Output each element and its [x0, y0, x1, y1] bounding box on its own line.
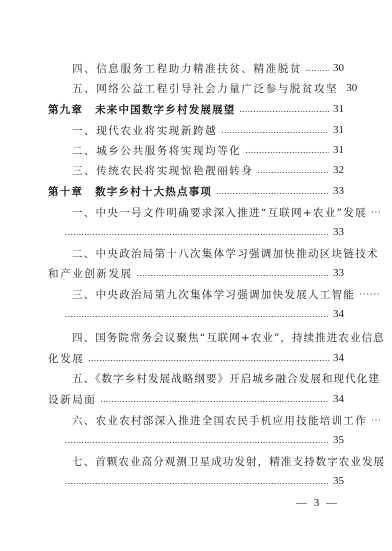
toc-page-number: 30 [346, 82, 357, 94]
toc-entry-title: 四、信息服务工程助力精准扶贫、精准脱贫 [72, 61, 302, 76]
toc-entry-title: 一、中央一号文件明确要求深入推进“互联网+农业”发展 [72, 205, 367, 220]
toc-entry-title: 三、传统农民将实现惊艳靓丽转身 [72, 163, 254, 178]
chapter-title: 数字乡村十大热点事项 [95, 184, 212, 199]
toc-page-number: 33 [333, 267, 344, 279]
toc-entry-title: 四、国务院常务会议聚焦“互联网+农业”，持续推进农业信息 [72, 330, 385, 345]
toc-entry-continuation[interactable]: 设新局面 34 [48, 391, 344, 407]
toc-page-number: 30 [333, 62, 344, 74]
toc-entry-title-wrap: 化发展 [48, 351, 84, 366]
toc-page-number: 31 [333, 103, 344, 115]
toc-page-number: 34 [333, 308, 344, 320]
toc-page-number: 34 [333, 352, 344, 364]
toc-entry[interactable]: 二、中央政治局第十八次集体学习强调加快推动区块链技术 [72, 245, 344, 261]
leader-dots [65, 227, 329, 237]
chapter-title: 未来中国数字乡村发展展望 [95, 102, 235, 117]
toc-entry-title: 二、城乡公共服务将实现均等化 [72, 143, 241, 158]
toc-entry[interactable]: 三、中央政治局第九次集体学习强调加快发展人工智能 ······ [72, 286, 344, 302]
toc-page-number: 31 [333, 124, 344, 136]
page-footer-number: — 3 — [296, 497, 339, 509]
toc-page-number: 35 [333, 475, 344, 487]
toc-entry[interactable]: 六、农业农村部深入推进全国农民手机应用技能培训工作 ··· [72, 412, 344, 428]
chapter-number: 第九章 [48, 102, 83, 117]
leader-dots [245, 145, 329, 155]
ellipsis: ··· [371, 207, 382, 217]
toc-entry-continuation[interactable]: 化发展 34 [48, 350, 344, 366]
leader-dots [65, 476, 329, 486]
toc-entry-title: 七、首颗农业高分观测卫星成功发射，精准支持数字农业发展 [72, 454, 385, 469]
leader-dots [88, 353, 329, 363]
toc-entry-continuation[interactable]: 和产业创新发展 33 [48, 265, 344, 281]
toc-entry-continuation[interactable]: 35 [65, 432, 344, 448]
toc-entry[interactable]: 五、网络公益工程引导社会力量广泛参与脱贫攻坚 30 [72, 80, 344, 96]
toc-entry[interactable]: 二、城乡公共服务将实现均等化 31 [72, 142, 344, 158]
leader-dots [65, 309, 329, 319]
toc-page-number: 31 [333, 144, 344, 156]
toc-entry-continuation[interactable]: 34 [65, 306, 344, 322]
toc-page-number: 35 [333, 434, 344, 446]
leader-dots [221, 125, 329, 135]
toc-entry[interactable]: 四、信息服务工程助力精准扶贫、精准脱贫 30 [72, 60, 344, 76]
ellipsis: ······ [359, 289, 380, 299]
toc-entry-continuation[interactable]: 35 [65, 473, 344, 489]
leader-dots [137, 268, 329, 278]
toc-entry[interactable]: 一、中央一号文件明确要求深入推进“互联网+农业”发展 ··· [72, 204, 344, 220]
leader-dots [100, 394, 329, 404]
toc-chapter-heading[interactable]: 第九章 未来中国数字乡村发展展望 31 [48, 101, 344, 117]
toc-entry-title-wrap: 和产业创新发展 [48, 266, 133, 281]
toc-entry[interactable]: 四、国务院常务会议聚焦“互联网+农业”，持续推进农业信息 [72, 329, 344, 345]
leader-dots [306, 63, 329, 73]
toc-entry[interactable]: 五、《数字乡村发展战略纲要》开启城乡融合发展和现代化建 [72, 370, 344, 386]
toc-page-number: 33 [333, 226, 344, 238]
toc-page-number: 32 [333, 164, 344, 176]
toc-entry-title: 五、网络公益工程引导社会力量广泛参与脱贫攻坚 [72, 81, 338, 96]
leader-dots [240, 104, 329, 114]
toc-entry-title: 三、中央政治局第九次集体学习强调加快发展人工智能 [72, 287, 355, 302]
toc-entry-title: 六、农业农村部深入推进全国农民手机应用技能培训工作 [72, 413, 367, 428]
leader-dots [258, 165, 330, 175]
toc-chapter-heading[interactable]: 第十章 数字乡村十大热点事项 33 [48, 183, 344, 199]
toc-entry-title-wrap: 设新局面 [48, 392, 96, 407]
leader-dots [65, 435, 329, 445]
toc-entry[interactable]: 三、传统农民将实现惊艳靓丽转身 32 [72, 162, 344, 178]
toc-entry-title: 五、《数字乡村发展战略纲要》开启城乡融合发展和现代化建 [72, 371, 380, 386]
chapter-number: 第十章 [48, 184, 83, 199]
toc-entry[interactable]: 一、现代农业将实现新跨越 31 [72, 122, 344, 138]
toc-entry-continuation[interactable]: 33 [65, 224, 344, 240]
leader-dots [216, 186, 329, 196]
toc-page-number: 33 [333, 185, 344, 197]
toc-page-number: 34 [333, 393, 344, 405]
ellipsis: ··· [371, 415, 382, 425]
toc-entry-title: 二、中央政治局第十八次集体学习强调加快推动区块链技术 [72, 246, 379, 261]
toc-entry[interactable]: 七、首颗农业高分观测卫星成功发射，精准支持数字农业发展 [72, 453, 344, 469]
toc-entry-title: 一、现代农业将实现新跨越 [72, 123, 217, 138]
